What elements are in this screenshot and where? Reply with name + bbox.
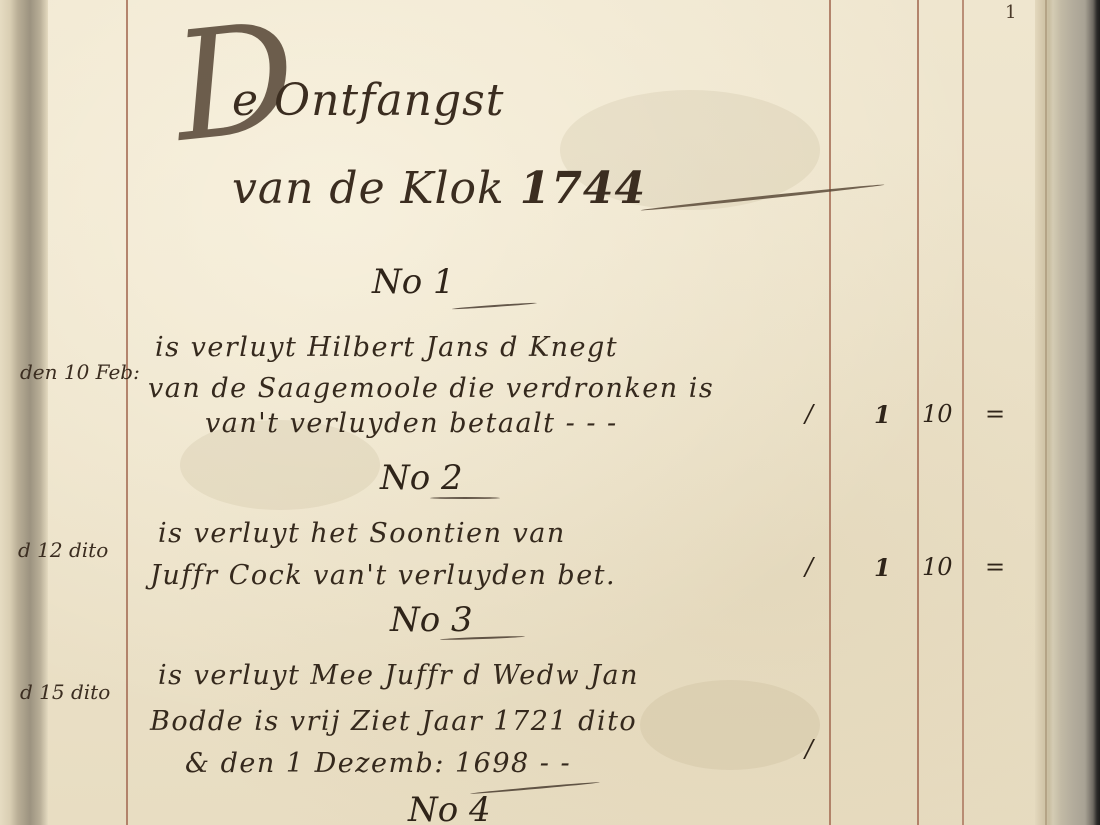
entry-1-line-3: van't verluyden betaalt - - - <box>205 408 618 439</box>
entry-1-line-1: is verluyt Hilbert Jans d Knegt <box>155 332 618 363</box>
entry-number-3: No 3 <box>390 600 473 640</box>
entry-number-underline <box>430 497 500 499</box>
entry-2-stuivers: 10 <box>922 553 953 581</box>
entry-1-currency-mark: / <box>805 400 813 428</box>
entry-2-guilders: 1 <box>874 553 891 582</box>
title-line-1: e Ontfangst <box>232 75 504 126</box>
ledger-page: 1 D e Ontfangst van de Klok 1744 No 1 de… <box>0 0 1100 825</box>
entry-1-line-2: van de Saagemoole die verdronken is <box>148 373 714 404</box>
entry-2-currency-mark: / <box>805 553 813 581</box>
rule-amount-stuivers <box>917 0 919 825</box>
entry-3-date: d 15 dito <box>20 680 110 704</box>
entry-1-stuivers: 10 <box>922 400 953 428</box>
title-year: 1744 <box>520 163 646 214</box>
entry-3-line-3: & den 1 Dezemb: 1698 - - <box>185 748 571 779</box>
entry-number-4: No 4 <box>408 790 491 825</box>
entry-1-date: den 10 Feb: <box>20 360 140 384</box>
entry-2-penningen: = <box>985 553 1005 581</box>
title-line-2-text: van de Klok <box>232 163 505 214</box>
entry-number-2: No 2 <box>380 458 463 498</box>
paper-stain <box>640 680 820 770</box>
entry-1-guilders: 1 <box>874 400 891 429</box>
title-line-2: van de Klok 1744 <box>232 163 646 214</box>
entry-2-line-1: is verluyt het Soontien van <box>158 518 566 549</box>
entry-3-line-1: is verluyt Mee Juffr d Wedw Jan <box>158 660 639 691</box>
entry-2-line-2: Juffr Cock van't verluyden bet. <box>150 560 616 591</box>
entry-3-currency-mark: / <box>805 735 813 763</box>
page-edge-binding-right <box>1035 0 1100 825</box>
entry-1-penningen: = <box>985 400 1005 428</box>
rule-amount-guilders <box>829 0 831 825</box>
margin-rule-date <box>126 0 128 825</box>
page-fold-line <box>1045 0 1047 825</box>
rule-amount-penningen <box>962 0 964 825</box>
entry-3-line-2: Bodde is vrij Ziet Jaar 1721 dito <box>150 706 637 737</box>
page-mark: 1 <box>1005 2 1016 23</box>
entry-number-1: No 1 <box>372 262 455 302</box>
entry-number-underline <box>452 302 537 310</box>
entry-2-date: d 12 dito <box>18 538 108 562</box>
